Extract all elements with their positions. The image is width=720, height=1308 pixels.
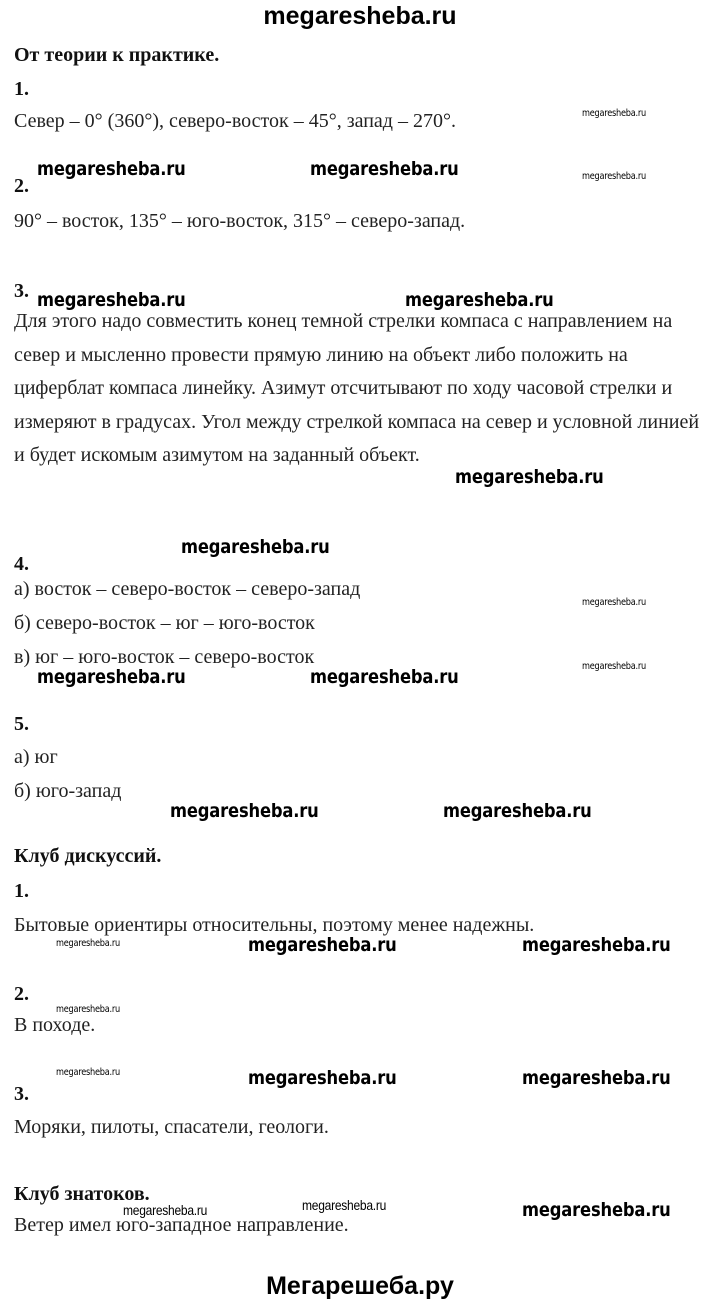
watermark: megaresheba.ru	[443, 800, 592, 822]
watermark: megaresheba.ru	[455, 466, 604, 488]
section-title: От теории к практике.	[14, 44, 219, 67]
watermark: megaresheba.ru	[582, 108, 646, 119]
watermark: megaresheba.ru	[56, 938, 120, 949]
watermark: megaresheba.ru	[37, 289, 186, 311]
watermark: megaresheba.ru	[123, 1202, 207, 1218]
site-header: megaresheba.ru	[0, 2, 720, 31]
answer-line: а) восток – северо-восток – северо-запад	[14, 578, 360, 601]
answer-paragraph: Для этого надо совместить конец темной с…	[14, 305, 714, 473]
answer-text: Север – 0° (360°), северо-восток – 45°, …	[14, 110, 456, 133]
watermark: megaresheba.ru	[37, 666, 186, 688]
watermark: megaresheba.ru	[522, 1067, 671, 1089]
item-number: 1.	[14, 880, 29, 903]
item-number: 3.	[14, 1083, 29, 1106]
watermark: megaresheba.ru	[582, 661, 646, 672]
watermark: megaresheba.ru	[310, 666, 459, 688]
item-number: 2.	[14, 983, 29, 1006]
watermark: megaresheba.ru	[170, 800, 319, 822]
watermark: megaresheba.ru	[582, 597, 646, 608]
watermark: megaresheba.ru	[582, 171, 646, 182]
item-number: 2.	[14, 175, 29, 198]
item-number: 5.	[14, 713, 29, 736]
watermark: megaresheba.ru	[37, 158, 186, 180]
answer-line: а) юг	[14, 746, 58, 769]
watermark: megaresheba.ru	[405, 289, 554, 311]
answer-text: 90° – восток, 135° – юго-восток, 315° – …	[14, 210, 465, 233]
watermark: megaresheba.ru	[56, 1004, 120, 1015]
watermark: megaresheba.ru	[522, 934, 671, 956]
item-number: 3.	[14, 280, 29, 303]
watermark: megaresheba.ru	[56, 1067, 120, 1078]
item-number: 4.	[14, 553, 29, 576]
watermark: megaresheba.ru	[310, 158, 459, 180]
watermark: megaresheba.ru	[302, 1197, 386, 1213]
watermark: megaresheba.ru	[248, 1067, 397, 1089]
section-title: Клуб дискуссий.	[14, 845, 161, 868]
site-footer: Мегарешеба.ру	[0, 1272, 720, 1301]
item-number: 1.	[14, 78, 29, 101]
answer-line: б) юго-запад	[14, 780, 121, 803]
answer-line: б) северо-восток – юг – юго-восток	[14, 612, 315, 635]
answer-text: В походе.	[14, 1014, 95, 1037]
watermark: megaresheba.ru	[181, 536, 330, 558]
answer-text: Моряки, пилоты, спасатели, геологи.	[14, 1116, 329, 1139]
watermark: megaresheba.ru	[248, 934, 397, 956]
watermark: megaresheba.ru	[522, 1199, 671, 1221]
